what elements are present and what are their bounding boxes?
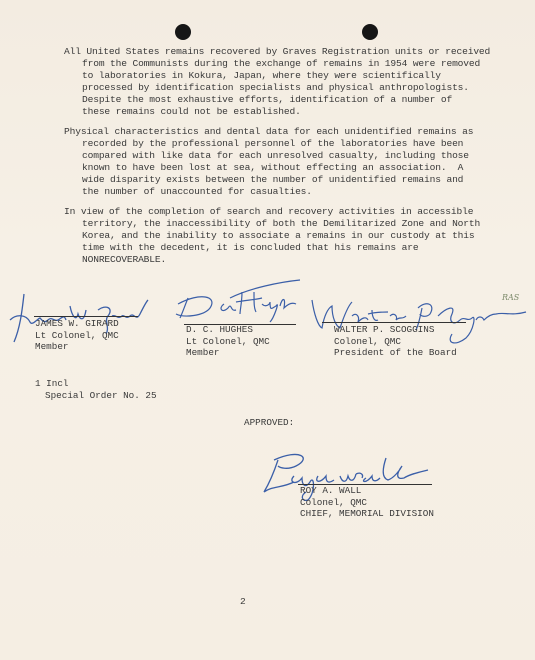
signatory-rank: Lt Colonel, QMC (186, 336, 270, 347)
text-line: the number of unaccounted for casualties… (64, 186, 504, 198)
signatory-rank: Colonel, QMC (334, 336, 401, 347)
page-number: 2 (240, 596, 246, 607)
signature-line (322, 322, 466, 323)
document-page: All United States remains recovered by G… (0, 0, 535, 660)
text-line: wide disparity exists between the number… (64, 174, 504, 186)
initials-mark: RAS (501, 293, 520, 302)
signatory-scoggins: WALTER P. SCOGGINS Colonel, QMC Presiden… (334, 324, 457, 359)
text-line: to laboratories in Kokura, Japan, where … (64, 70, 504, 82)
signature-line (34, 316, 138, 317)
enclosure-item: Special Order No. 25 (35, 390, 157, 402)
approver-rank: Colonel, QMC (300, 497, 367, 508)
approved-label: APPROVED: (244, 417, 294, 428)
enclosure-count: 1 Incl (35, 378, 68, 389)
signatory-role: Member (35, 341, 68, 352)
text-line: compared with like data for each unresol… (64, 150, 504, 162)
signatory-role: Member (186, 347, 219, 358)
text-line: Physical characteristics and dental data… (64, 126, 504, 138)
signatory-name: D. C. HUGHES (186, 324, 253, 335)
enclosure-note: 1 Incl Special Order No. 25 (35, 378, 157, 402)
punch-hole-right (362, 24, 378, 40)
signatory-rank: Lt Colonel, QMC (35, 330, 119, 341)
approver-title: CHIEF, MEMORIAL DIVISION (300, 508, 434, 519)
text-line: territory, the inaccessibility of both t… (64, 218, 504, 230)
approver-block: ROY A. WALL Colonel, QMC CHIEF, MEMORIAL… (300, 485, 434, 520)
paragraph-conclusion: In view of the completion of search and … (64, 206, 504, 266)
text-line: processed by identification specialists … (64, 82, 504, 94)
signature-hughes (170, 278, 310, 328)
text-line: from the Communists during the exchange … (64, 58, 504, 70)
paragraph-remains-recovery: All United States remains recovered by G… (64, 46, 504, 118)
text-line: All United States remains recovered by G… (64, 46, 504, 58)
text-line: time with the decedent, it is concluded … (64, 242, 504, 254)
text-line: In view of the completion of search and … (64, 206, 504, 218)
signatory-hughes: D. C. HUGHES Lt Colonel, QMC Member (186, 324, 270, 359)
text-line: Despite the most exhaustive efforts, ide… (64, 94, 504, 106)
approver-name: ROY A. WALL (300, 485, 361, 496)
signatory-name: JAMES W. GIRARD (35, 318, 119, 329)
signatory-girard: JAMES W. GIRARD Lt Colonel, QMC Member (35, 318, 119, 353)
text-line: NONRECOVERABLE. (64, 254, 504, 266)
paragraph-physical-characteristics: Physical characteristics and dental data… (64, 126, 504, 198)
signatory-role: President of the Board (334, 347, 457, 358)
text-line: these remains could not be established. (64, 106, 504, 118)
signatory-name: WALTER P. SCOGGINS (334, 324, 434, 335)
text-line: Korea, and the inability to associate a … (64, 230, 504, 242)
text-line: recorded by the professional personnel o… (64, 138, 504, 150)
punch-hole-left (175, 24, 191, 40)
text-line: known to have been lost at sea, without … (64, 162, 504, 174)
